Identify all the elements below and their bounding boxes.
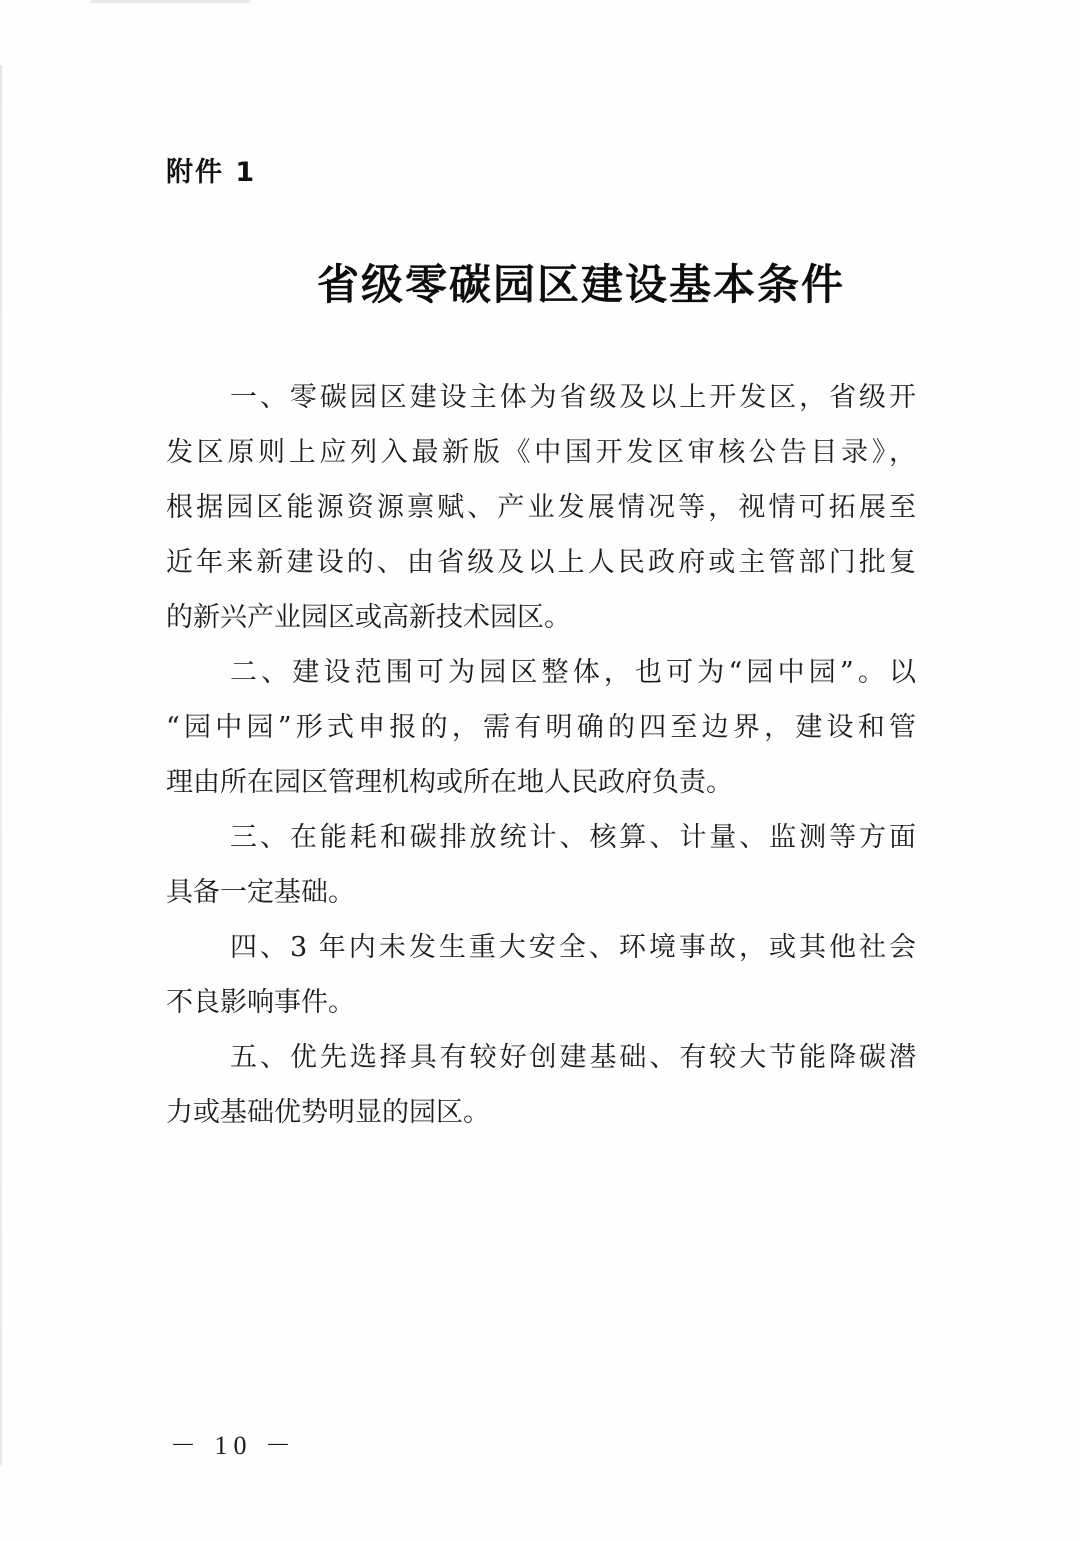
attachment-label: 附件 1	[166, 150, 256, 189]
paragraph-line: “园中园”形式申报的，需有明确的四至边界，建设和管	[166, 708, 916, 748]
paragraph-line: 四、3 年内未发生重大安全、环境事故，或其他社会	[230, 928, 916, 968]
paragraph-line: 根据园区能源资源禀赋、产业发展情况等，视情可拓展至	[166, 488, 916, 528]
paragraph-line: 理由所在园区管理机构或所在地人民政府负责。	[166, 763, 916, 803]
paragraph-line: 力或基础优势明显的园区。	[166, 1093, 916, 1133]
paragraph-line: 二、建设范围可为园区整体，也可为“园中园”。以	[230, 653, 916, 693]
paragraph-line: 一、零碳园区建设主体为省级及以上开发区，省级开	[230, 378, 916, 418]
paragraph-line: 三、在能耗和碳排放统计、核算、计量、监测等方面	[230, 818, 916, 858]
paragraph-line: 发区原则上应列入最新版《中国开发区审核公告目录》，	[166, 433, 916, 473]
document-page: 附件 1 省级零碳园区建设基本条件 一、零碳园区建设主体为省级及以上开发区，省级…	[0, 0, 1080, 1541]
scan-artifact	[90, 0, 250, 3]
paragraph-line: 的新兴产业园区或高新技术园区。	[166, 598, 916, 638]
document-title: 省级零碳园区建设基本条件	[0, 252, 1080, 312]
paragraph-line: 具备一定基础。	[166, 873, 916, 913]
page-number: － 10 －	[170, 1425, 297, 1462]
paragraph-line: 五、优先选择具有较好创建基础、有较大节能降碳潜	[230, 1038, 916, 1078]
paragraph-line: 近年来新建设的、由省级及以上人民政府或主管部门批复	[166, 543, 916, 583]
paragraph-line: 不良影响事件。	[166, 983, 916, 1023]
